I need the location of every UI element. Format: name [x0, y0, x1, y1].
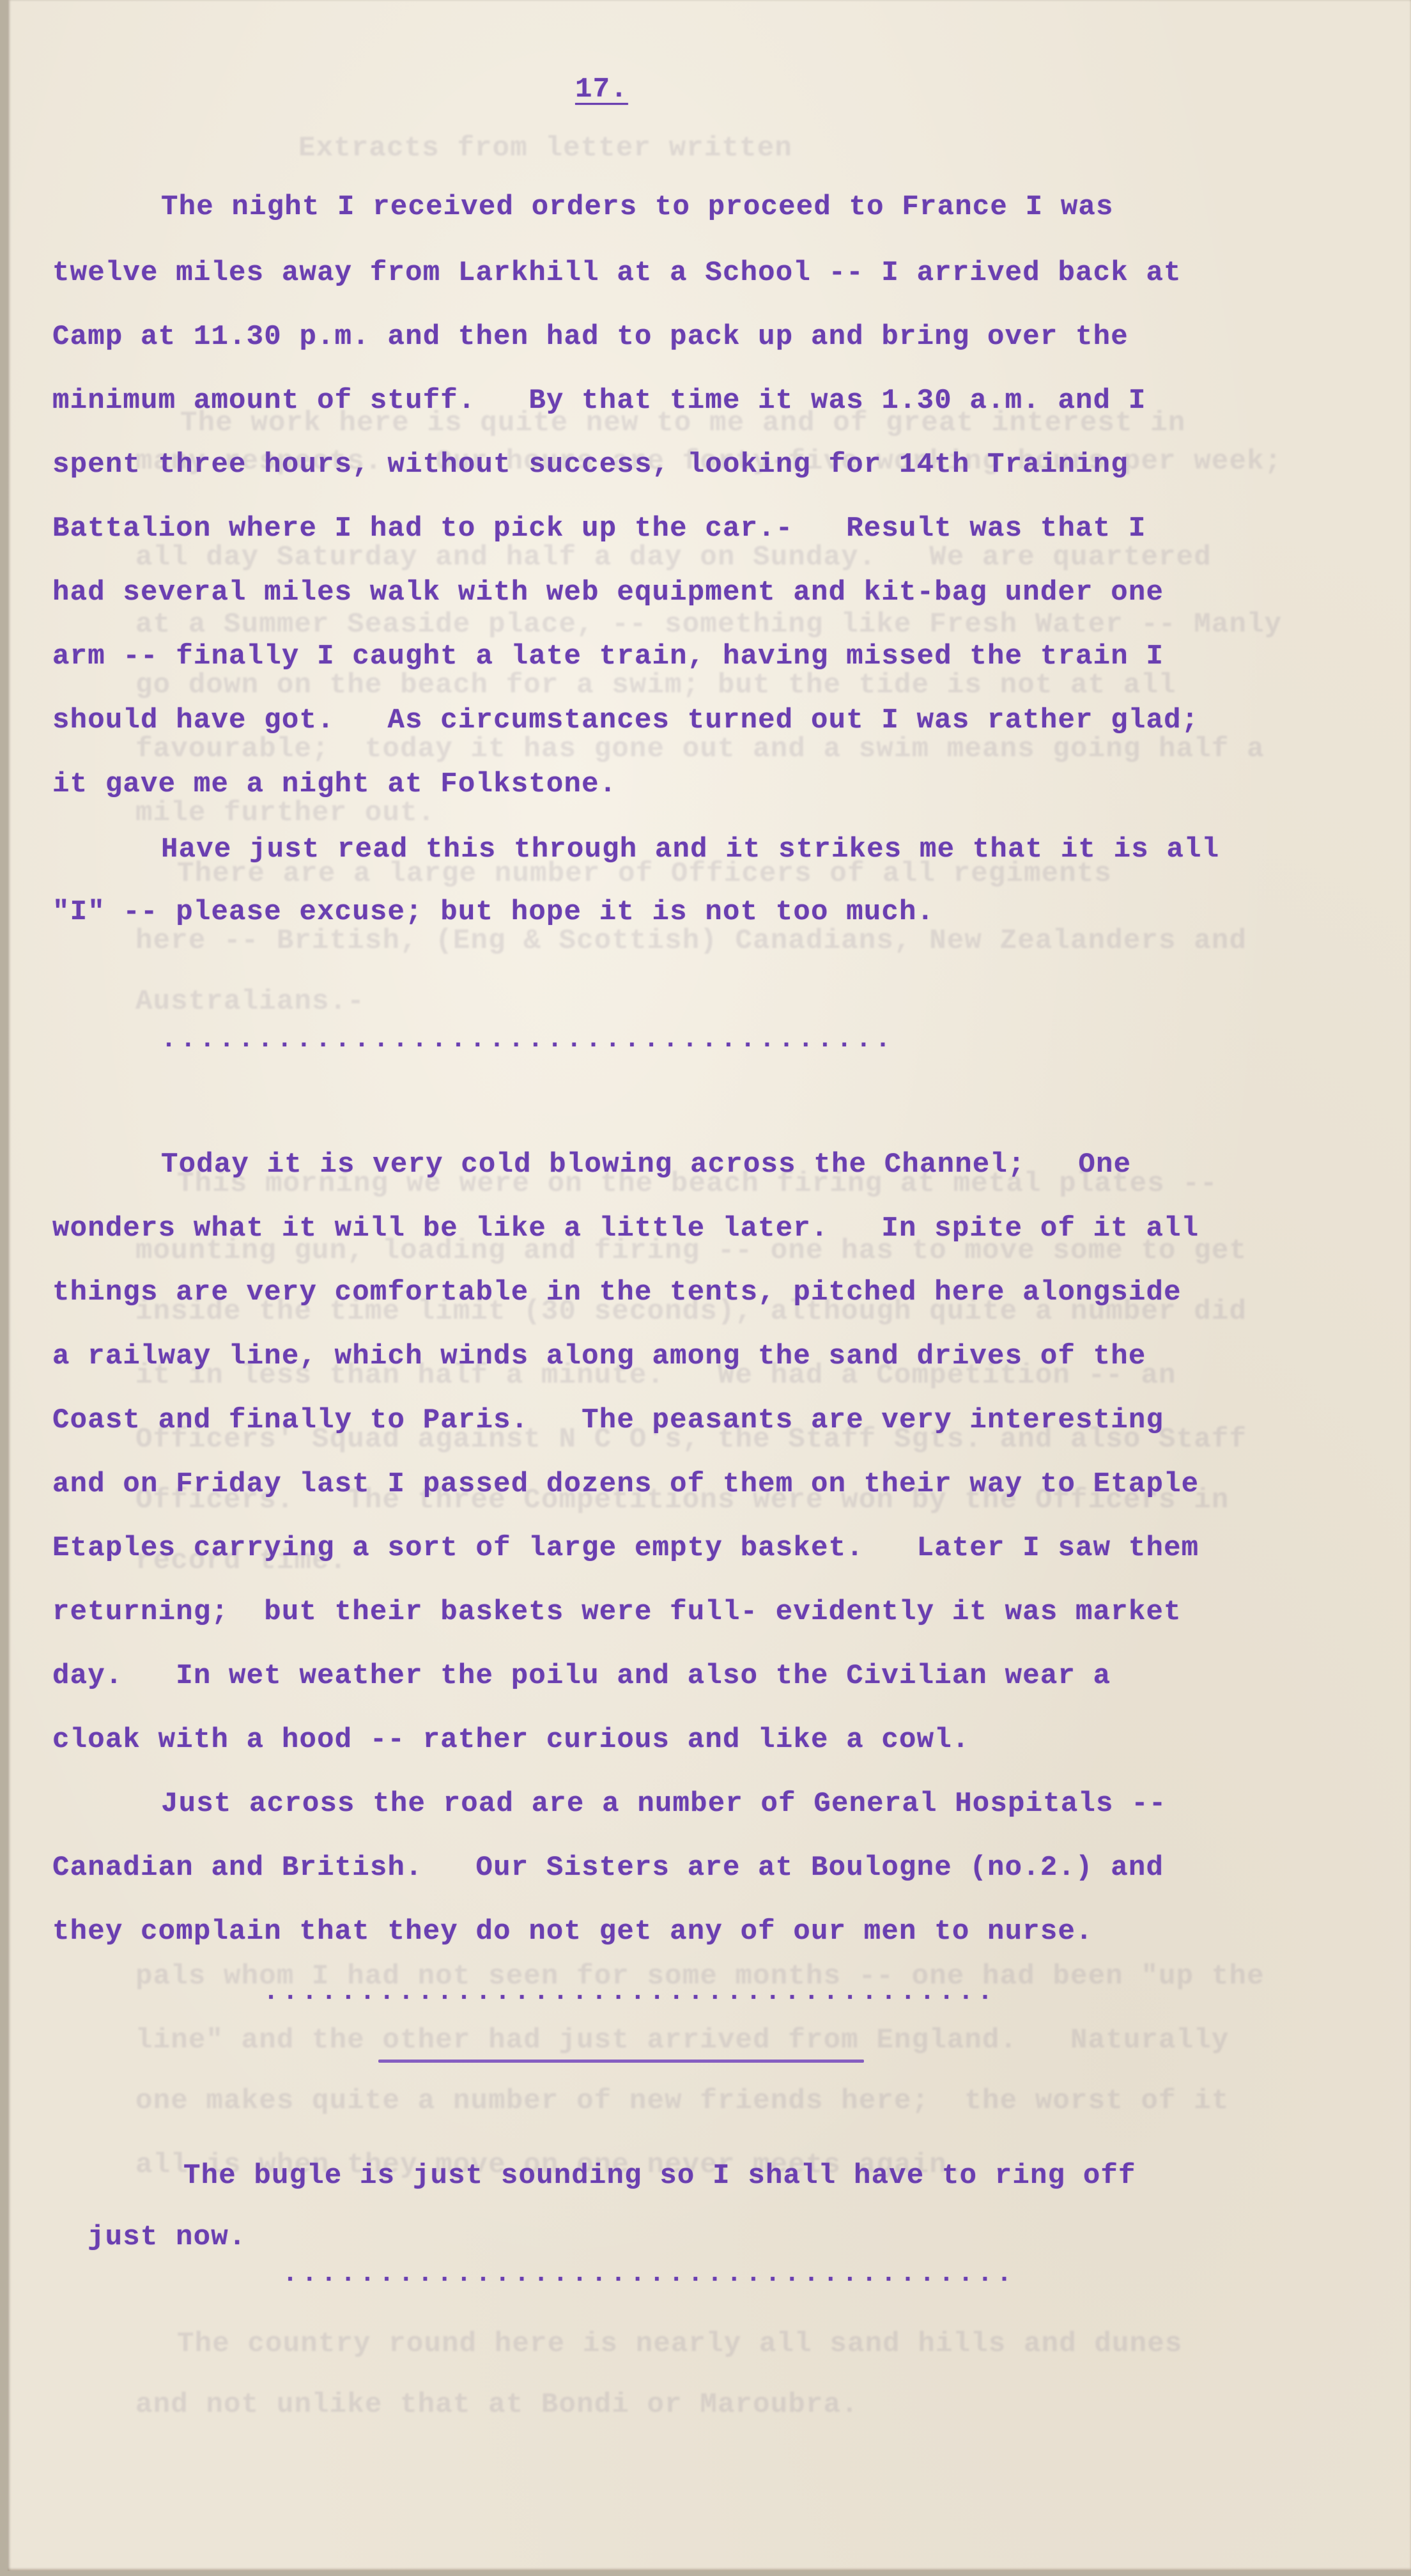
letter-line: Have just read this through and it strik… — [161, 835, 1219, 864]
letter-line: they complain that they do not get any o… — [52, 1918, 1093, 1946]
dotted-separator: ...................................... — [282, 2260, 1016, 2289]
letter-line: wonders what it will be like a little la… — [52, 1214, 1199, 1243]
letter-line: returning; but their baskets were full- … — [52, 1598, 1182, 1626]
show-through-line: and not unlike that at Bondi or Maroubra… — [135, 2391, 859, 2419]
letter-line: things are very comfortable in the tents… — [52, 1278, 1182, 1307]
show-through-line: The country round here is nearly all san… — [177, 2330, 1182, 2358]
show-through-line: favourable; today it has gone out and a … — [135, 735, 1265, 763]
letter-line: cloak with a hood -- rather curious and … — [52, 1726, 969, 1754]
letter-line: Coast and finally to Paris. The peasants… — [52, 1406, 1164, 1434]
letter-line: and on Friday last I passed dozens of th… — [52, 1470, 1199, 1498]
letter-line: Canadian and British. Our Sisters are at… — [52, 1854, 1164, 1882]
letter-line: spent three hours, without success, look… — [52, 451, 1129, 479]
show-through-line: all day Saturday and half a day on Sunda… — [135, 543, 1212, 571]
letter-line: Camp at 11.30 p.m. and then had to pack … — [52, 323, 1129, 351]
letter-line: Today it is very cold blowing across the… — [161, 1151, 1131, 1179]
letter-line: The night I received orders to proceed t… — [161, 193, 1114, 221]
letter-line: a railway line, which winds along among … — [52, 1342, 1146, 1370]
page-number: 17. — [575, 75, 628, 104]
show-through-line: one makes quite a number of new friends … — [135, 2087, 1229, 2115]
letter-line: day. In wet weather the poilu and also t… — [52, 1662, 1111, 1690]
letter-line: Battalion where I had to pick up the car… — [52, 515, 1146, 543]
letter-line: Just across the road are a number of Gen… — [161, 1790, 1166, 1818]
show-through-line: mile further out. — [135, 799, 435, 827]
horizontal-rule — [378, 2060, 864, 2063]
letter-line: had several miles walk with web equipmen… — [52, 578, 1164, 607]
show-through-line: Extracts from letter written — [298, 134, 792, 162]
letter-line: should have got. As circumstances turned… — [52, 706, 1199, 734]
show-through-line: line" and the other had just arrived fro… — [135, 2026, 1229, 2054]
show-through-line: go down on the beach for a swim; but the… — [135, 671, 1176, 699]
letter-line: "I" -- please excuse; but hope it is not… — [52, 898, 934, 926]
letter-line: minimum amount of stuff. By that time it… — [52, 387, 1146, 415]
dotted-separator: ...................................... — [263, 1978, 997, 2007]
dotted-separator: ...................................... — [161, 1026, 895, 1055]
show-through-line: here -- British, (Eng & Scottish) Canadi… — [135, 927, 1247, 955]
letter-line: arm -- finally I caught a late train, ha… — [52, 642, 1164, 671]
letter-line: Etaples carrying a sort of large empty b… — [52, 1534, 1199, 1562]
letter-line: just now. — [88, 2223, 246, 2251]
letter-line: twelve miles away from Larkhill at a Sch… — [52, 259, 1182, 287]
letter-line: The bugle is just sounding so I shall ha… — [183, 2162, 1136, 2190]
show-through-line: Australians.- — [135, 988, 365, 1016]
document-page: Extracts from letter written The work he… — [8, 0, 1411, 2571]
letter-line: it gave me a night at Folkstone. — [52, 770, 617, 798]
show-through-line: at a Summer Seaside place, -- something … — [135, 610, 1282, 639]
